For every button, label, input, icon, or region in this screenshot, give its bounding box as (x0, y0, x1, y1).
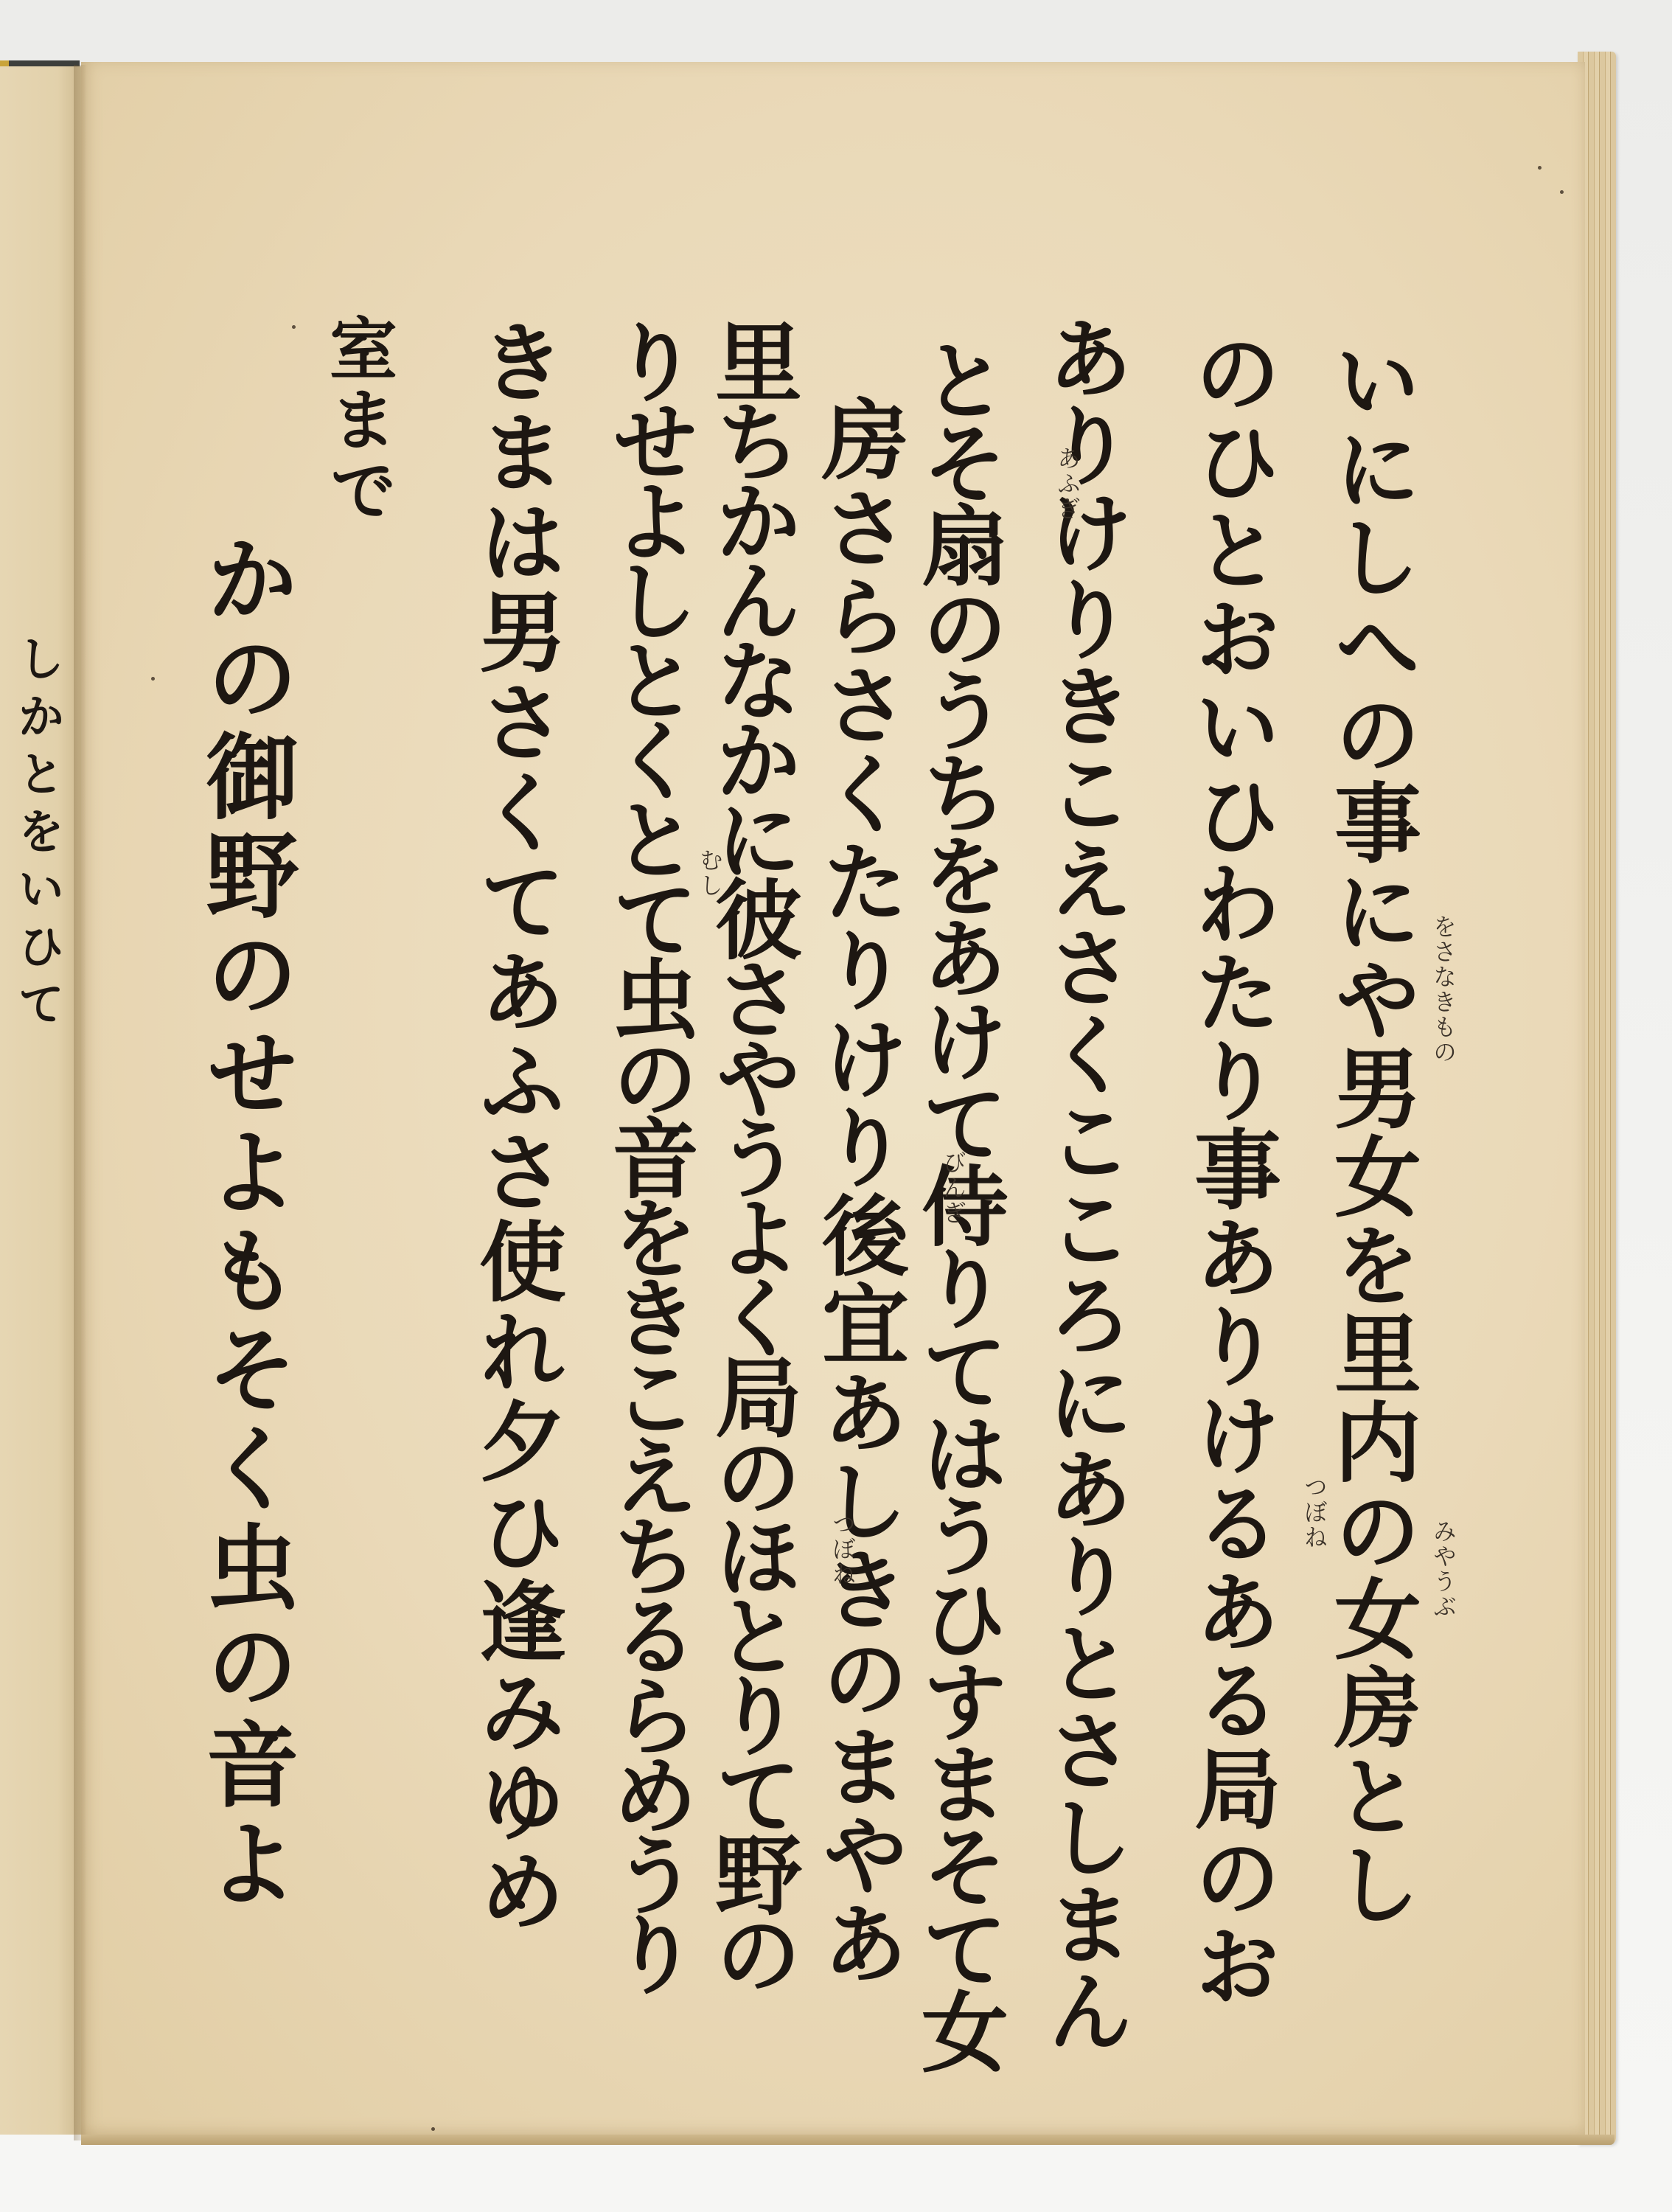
text-column-8: きまは男さくてあふさ使れ夕ひ逢みゆめ (472, 317, 559, 1936)
ruby-annotation: みやうぶ (1427, 1519, 1460, 1619)
ruby-annotation: あふぎ (1051, 446, 1084, 521)
paper-speck (1538, 166, 1542, 170)
left-page: しかとをいひて (0, 66, 83, 2135)
paper-speck (292, 325, 296, 329)
ruby-annotation: つぼね (826, 1512, 860, 1587)
paper-speck (151, 677, 155, 681)
text-column-2: のひとおいひわたり事ありけるある局のお (1187, 328, 1274, 2009)
ruby-annotation: むし (693, 848, 727, 898)
left-page-text-fragment: しかとをいひて (3, 634, 71, 1037)
spine-gutter (74, 65, 87, 2140)
ruby-annotation: をさなきもの (1427, 914, 1460, 1065)
ruby-annotation: びんぎ (936, 1150, 970, 1225)
text-column-6: 里ちかんなかに彼さやうよく局のほとりて野の (708, 317, 795, 1989)
open-book: しかとをいひて いにしへの事にや男女を里内の女房とし をさなきもの みやうぶ の… (0, 0, 1672, 2212)
text-column-5: 房さらさくたりけり後宜あしきのまやあ (815, 394, 902, 1987)
text-column-9: 室まで (324, 313, 392, 526)
page-bottom-edge (81, 2135, 1614, 2145)
paper-speck (1560, 190, 1564, 194)
ruby-annotation: つぼね (1297, 1475, 1331, 1550)
text-column-1: いにしへの事にや男女を里内の女房とし (1327, 335, 1414, 1928)
text-column-7: りせよしとくとて虫の音をきこえちるらめうり (605, 317, 692, 1989)
poem-line: かの御野のせよもそく虫の音よ (199, 531, 292, 1914)
paper-speck (431, 2127, 435, 2131)
text-column-3: ありけりきこえさくこころにありとさしまん (1039, 313, 1126, 2053)
